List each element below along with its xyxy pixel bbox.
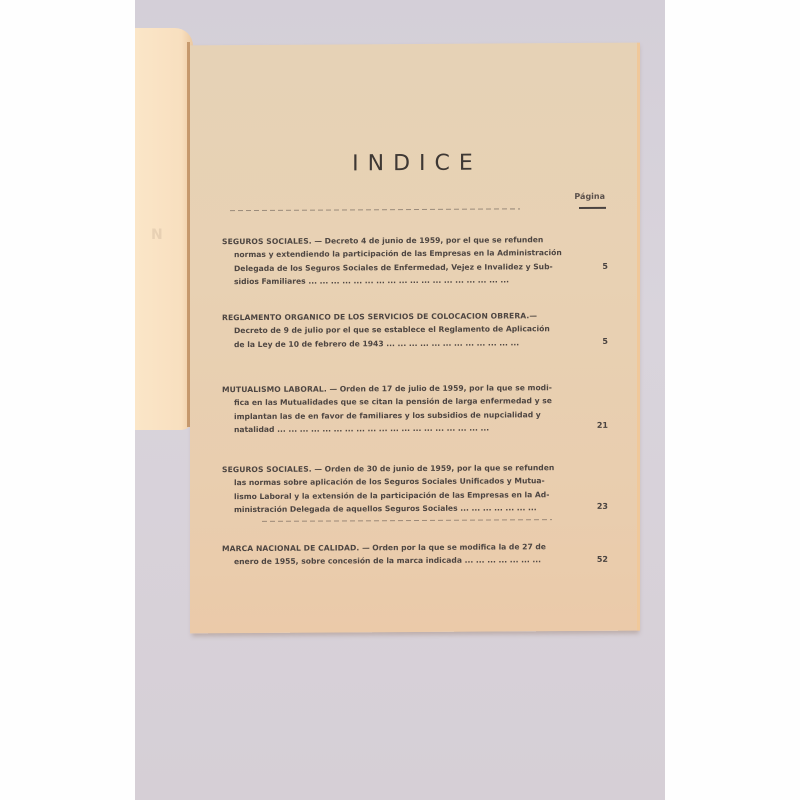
entry-heading: SEGUROS SOCIALES. — [222, 465, 312, 475]
index-entry: MUTUALISMO LABORAL. — Orden de 17 de jul… — [222, 381, 586, 436]
entry-text: ministración Delegada de aquellos Seguro… — [222, 501, 586, 517]
entry-text: Delegada de los Seguros Sociales de Enfe… — [222, 260, 586, 276]
left-page: N — [135, 28, 193, 430]
entry-heading: REGLAMENTO ORGANICO DE LOS SERVICIOS DE … — [222, 311, 537, 322]
entry-heading: MARCA NACIONAL DE CALIDAD. — [222, 543, 359, 553]
index-entry: REGLAMENTO ORGANICO DE LOS SERVICIOS DE … — [222, 309, 586, 351]
bleed-through-text: N — [151, 227, 163, 243]
entry-text: natalidad ... ... ... ... ... ... ... ..… — [222, 421, 586, 437]
page-column-rule — [579, 207, 606, 209]
entry-page-number: 21 — [597, 419, 608, 432]
index-entry: MARCA NACIONAL DE CALIDAD. — Orden por l… — [222, 540, 586, 569]
entry-text: Decreto de 9 de julio por el que se esta… — [222, 322, 586, 338]
entry-text: — Orden de 17 de julio de 1959, por la q… — [329, 383, 551, 393]
book-photo: N INDICE Página SEGUROS SOCIALES. — Decr… — [135, 0, 665, 800]
index-entry: SEGUROS SOCIALES. — Decreto 4 de junio d… — [222, 233, 586, 288]
entry-page-number: 52 — [597, 553, 608, 566]
entry-page-number: 5 — [602, 260, 608, 273]
entry-text: — Orden de 30 de junio de 1959, por la q… — [314, 463, 554, 473]
entry-text: de la Ley de 10 de febrero de 1943 ... .… — [222, 336, 586, 352]
page-edge — [637, 43, 640, 631]
bottom-rule-smudge — [262, 519, 552, 522]
index-entry: SEGUROS SOCIALES. — Orden de 30 de junio… — [222, 461, 586, 516]
index-page: INDICE Página SEGUROS SOCIALES. — Decret… — [190, 43, 637, 634]
entry-text: sidios Familiares ... ... ... ... ... ..… — [222, 273, 586, 289]
entry-page-number: 5 — [602, 335, 608, 348]
entry-text: implantan las de en favor de familiares … — [222, 408, 586, 424]
entry-text: — Decreto 4 de junio de 1959, por el que… — [314, 235, 543, 245]
entry-text: — Orden por la que se modifica la de 27 … — [362, 542, 546, 552]
header-rule-smudge — [230, 208, 520, 211]
entry-heading: SEGUROS SOCIALES. — [222, 237, 312, 247]
entry-heading: MUTUALISMO LABORAL. — [222, 385, 327, 395]
page-column-header: Página — [574, 192, 605, 201]
page-content: INDICE Página SEGUROS SOCIALES. — Decret… — [222, 43, 612, 633]
page-title: INDICE — [342, 151, 492, 177]
entry-page-number: 23 — [597, 500, 608, 513]
entry-text: enero de 1955, sobre concesión de la mar… — [222, 553, 586, 569]
